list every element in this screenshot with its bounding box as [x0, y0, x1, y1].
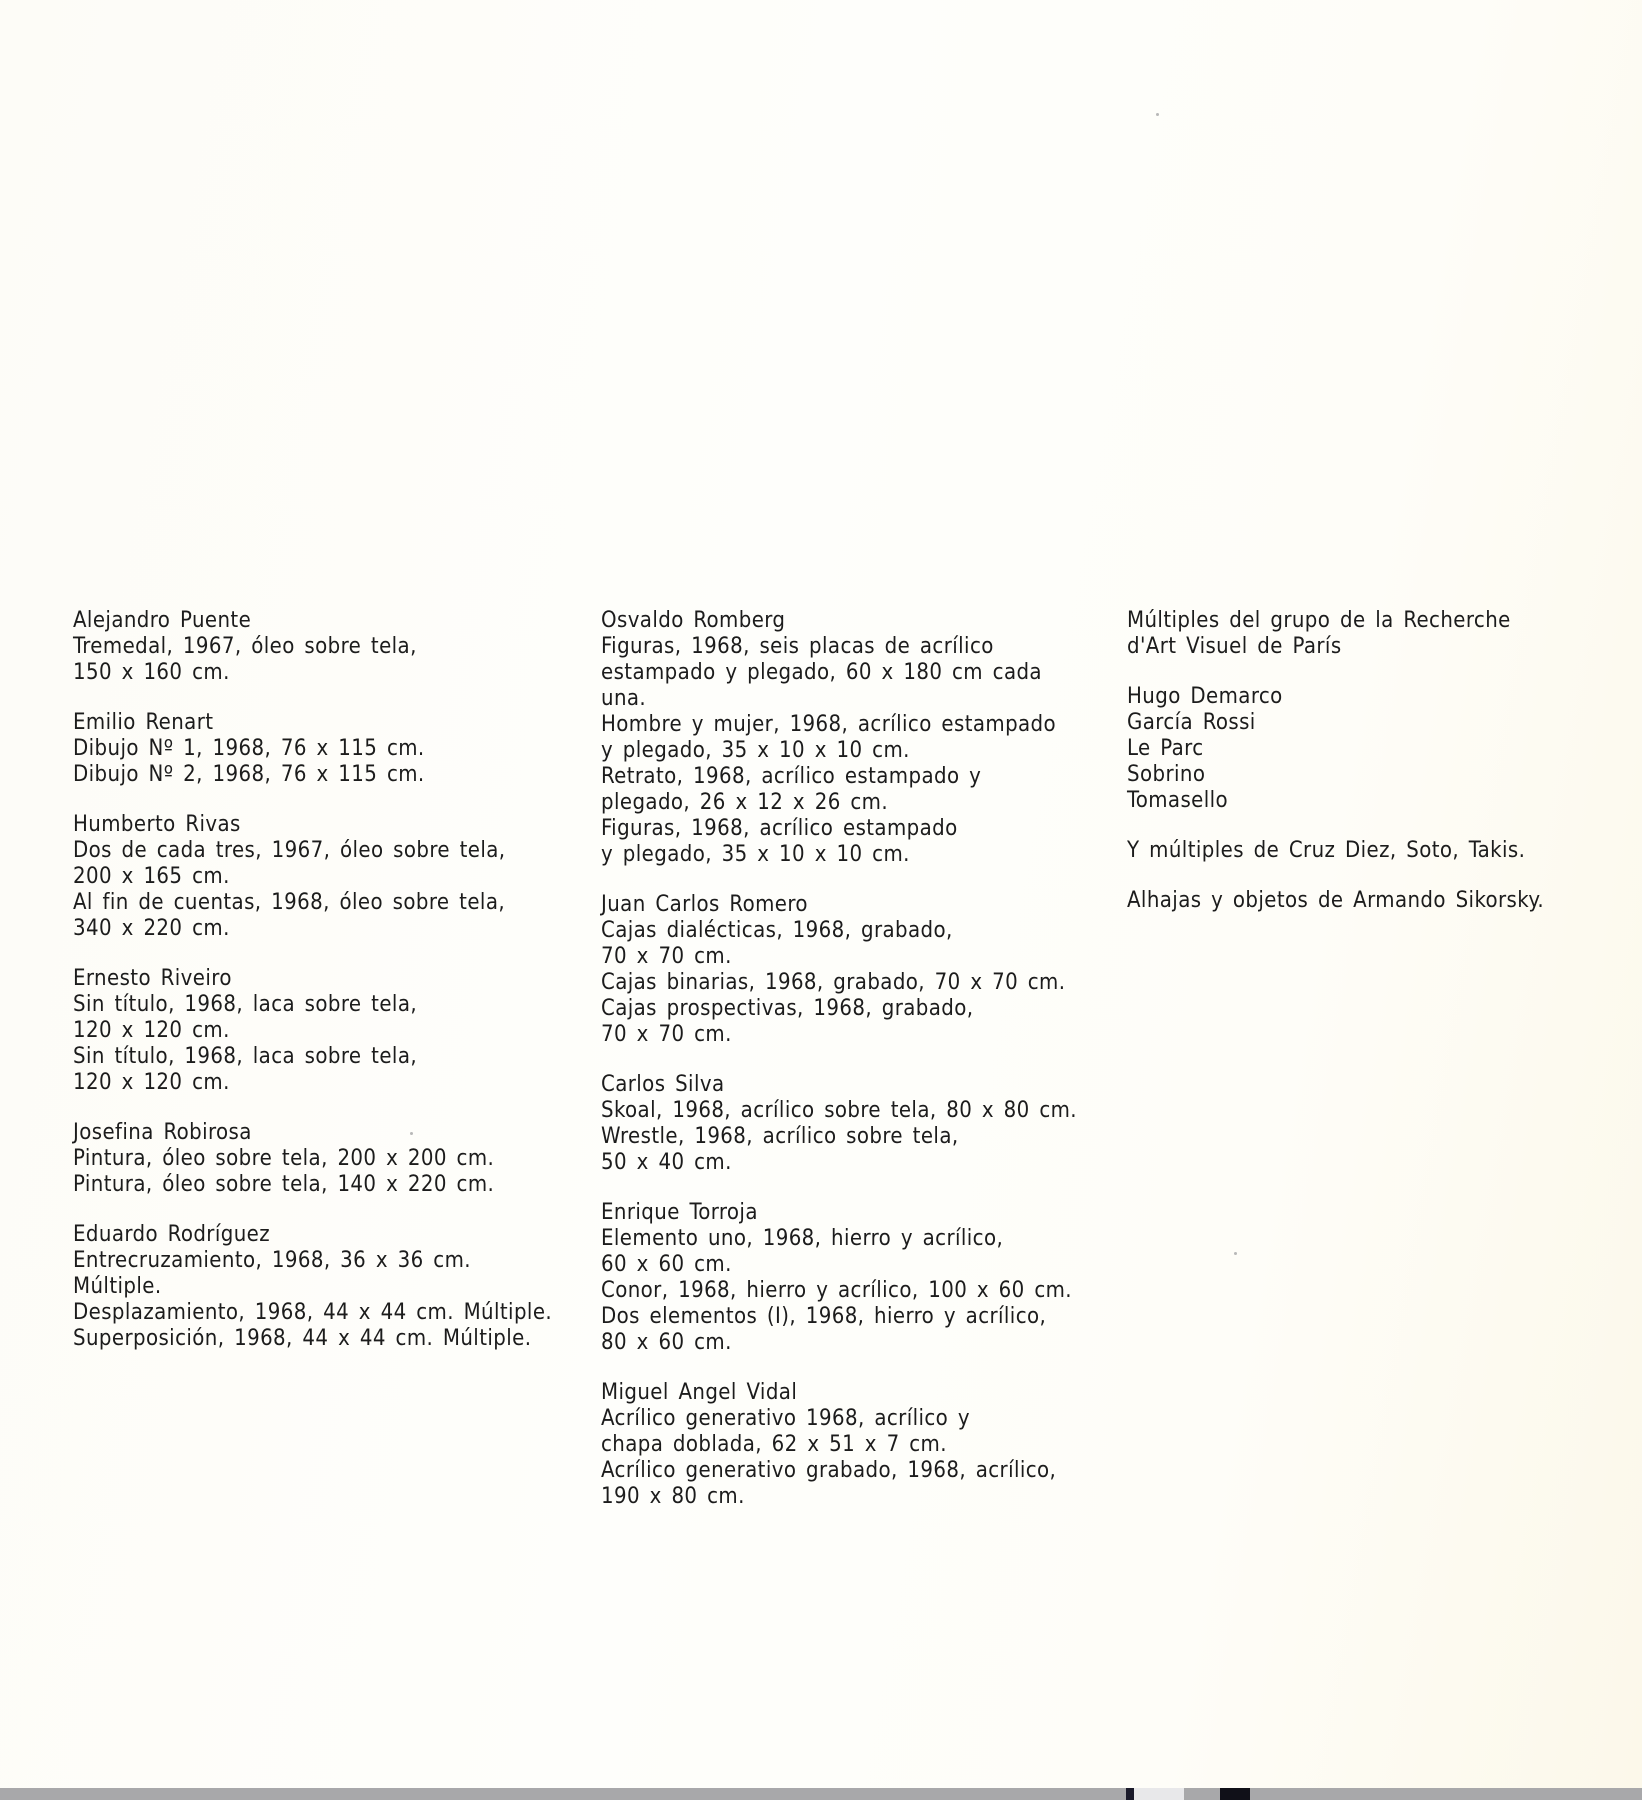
- column-1: Alejandro PuenteTremedal, 1967, óleo sob…: [73, 608, 573, 1376]
- entry-line: Entrecruzamiento, 1968, 36 x 36 cm.: [73, 1248, 573, 1274]
- entry-line: d'Art Visuel de París: [1127, 634, 1627, 660]
- column-3: Múltiples del grupo de la Recherched'Art…: [1127, 608, 1627, 938]
- entry-line: Pintura, óleo sobre tela, 140 x 220 cm.: [73, 1172, 573, 1198]
- entry-line: Tremedal, 1967, óleo sobre tela,: [73, 634, 573, 660]
- paper-speck: [1234, 1252, 1237, 1255]
- entry-line: 70 x 70 cm.: [601, 944, 1101, 970]
- entry-line: 60 x 60 cm.: [601, 1252, 1101, 1278]
- entry-line: Al fin de cuentas, 1968, óleo sobre tela…: [73, 890, 573, 916]
- catalog-entry: Hugo DemarcoGarcía RossiLe ParcSobrinoTo…: [1127, 684, 1627, 814]
- entry-line: Múltiple.: [73, 1274, 573, 1300]
- catalog-entry: Y múltiples de Cruz Diez, Soto, Takis.: [1127, 838, 1627, 864]
- catalog-entry: Múltiples del grupo de la Recherched'Art…: [1127, 608, 1627, 660]
- entry-line: y plegado, 35 x 10 x 10 cm.: [601, 738, 1101, 764]
- entry-line: 50 x 40 cm.: [601, 1150, 1101, 1176]
- entry-line: 190 x 80 cm.: [601, 1484, 1101, 1510]
- entry-line: Retrato, 1968, acrílico estampado y: [601, 764, 1101, 790]
- entry-line: 120 x 120 cm.: [73, 1070, 573, 1096]
- entry-line: Superposición, 1968, 44 x 44 cm. Múltipl…: [73, 1326, 573, 1352]
- scan-edge-mark: [1134, 1788, 1184, 1800]
- entry-heading: Miguel Angel Vidal: [601, 1380, 1101, 1406]
- entry-line: Wrestle, 1968, acrílico sobre tela,: [601, 1124, 1101, 1150]
- catalog-entry: Osvaldo RombergFiguras, 1968, seis placa…: [601, 608, 1101, 868]
- entry-line: Cajas binarias, 1968, grabado, 70 x 70 c…: [601, 970, 1101, 996]
- catalog-entry: Carlos SilvaSkoal, 1968, acrílico sobre …: [601, 1072, 1101, 1176]
- entry-heading: Osvaldo Romberg: [601, 608, 1101, 634]
- entry-line: Pintura, óleo sobre tela, 200 x 200 cm.: [73, 1146, 573, 1172]
- entry-line: Skoal, 1968, acrílico sobre tela, 80 x 8…: [601, 1098, 1101, 1124]
- entry-heading: Ernesto Riveiro: [73, 966, 573, 992]
- entry-line: y plegado, 35 x 10 x 10 cm.: [601, 842, 1101, 868]
- scan-bottom-edge: [0, 1788, 1642, 1800]
- entry-line: Cajas prospectivas, 1968, grabado,: [601, 996, 1101, 1022]
- entry-heading: Carlos Silva: [601, 1072, 1101, 1098]
- entry-line: Conor, 1968, hierro y acrílico, 100 x 60…: [601, 1278, 1101, 1304]
- entry-line: estampado y plegado, 60 x 180 cm cada: [601, 660, 1101, 686]
- entry-heading: Alejandro Puente: [73, 608, 573, 634]
- entry-line: Dibujo Nº 1, 1968, 76 x 115 cm.: [73, 736, 573, 762]
- entry-line: Sin título, 1968, laca sobre tela,: [73, 992, 573, 1018]
- entry-line: Figuras, 1968, acrílico estampado: [601, 816, 1101, 842]
- entry-line: 200 x 165 cm.: [73, 864, 573, 890]
- scan-edge-mark: [1126, 1788, 1134, 1800]
- scan-edge-mark: [1220, 1788, 1250, 1800]
- entry-heading: Josefina Robirosa: [73, 1120, 573, 1146]
- entry-line: Dos de cada tres, 1967, óleo sobre tela,: [73, 838, 573, 864]
- paper-speck: [1156, 113, 1159, 116]
- entry-line: Desplazamiento, 1968, 44 x 44 cm. Múltip…: [73, 1300, 573, 1326]
- catalog-entry: Alhajas y objetos de Armando Sikorsky.: [1127, 888, 1627, 914]
- entry-line: 70 x 70 cm.: [601, 1022, 1101, 1048]
- entry-line: 150 x 160 cm.: [73, 660, 573, 686]
- entry-heading: Y múltiples de Cruz Diez, Soto, Takis.: [1127, 838, 1627, 864]
- entry-heading: Juan Carlos Romero: [601, 892, 1101, 918]
- entry-line: García Rossi: [1127, 710, 1627, 736]
- entry-line: Dos elementos (I), 1968, hierro y acríli…: [601, 1304, 1101, 1330]
- entry-line: Cajas dialécticas, 1968, grabado,: [601, 918, 1101, 944]
- entry-line: plegado, 26 x 12 x 26 cm.: [601, 790, 1101, 816]
- entry-line: una.: [601, 686, 1101, 712]
- entry-line: Elemento uno, 1968, hierro y acrílico,: [601, 1226, 1101, 1252]
- entry-heading: Alhajas y objetos de Armando Sikorsky.: [1127, 888, 1627, 914]
- entry-line: Figuras, 1968, seis placas de acrílico: [601, 634, 1101, 660]
- column-2: Osvaldo RombergFiguras, 1968, seis placa…: [601, 608, 1101, 1534]
- catalog-entry: Juan Carlos RomeroCajas dialécticas, 196…: [601, 892, 1101, 1048]
- entry-line: Sobrino: [1127, 762, 1627, 788]
- entry-line: chapa doblada, 62 x 51 x 7 cm.: [601, 1432, 1101, 1458]
- catalog-entry: Miguel Angel VidalAcrílico generativo 19…: [601, 1380, 1101, 1510]
- catalog-page: Alejandro PuenteTremedal, 1967, óleo sob…: [0, 0, 1642, 1790]
- entry-heading: Eduardo Rodríguez: [73, 1222, 573, 1248]
- entry-line: Dibujo Nº 2, 1968, 76 x 115 cm.: [73, 762, 573, 788]
- catalog-entry: Ernesto RiveiroSin título, 1968, laca so…: [73, 966, 573, 1096]
- entry-line: Le Parc: [1127, 736, 1627, 762]
- entry-line: 340 x 220 cm.: [73, 916, 573, 942]
- entry-line: Tomasello: [1127, 788, 1627, 814]
- catalog-entry: Humberto RivasDos de cada tres, 1967, ól…: [73, 812, 573, 942]
- entry-heading: Emilio Renart: [73, 710, 573, 736]
- entry-line: Sin título, 1968, laca sobre tela,: [73, 1044, 573, 1070]
- entry-heading: Hugo Demarco: [1127, 684, 1627, 710]
- entry-line: Acrílico generativo grabado, 1968, acríl…: [601, 1458, 1101, 1484]
- catalog-entry: Eduardo RodríguezEntrecruzamiento, 1968,…: [73, 1222, 573, 1352]
- catalog-entry: Josefina RobirosaPintura, óleo sobre tel…: [73, 1120, 573, 1198]
- catalog-entry: Alejandro PuenteTremedal, 1967, óleo sob…: [73, 608, 573, 686]
- entry-line: 120 x 120 cm.: [73, 1018, 573, 1044]
- entry-line: Hombre y mujer, 1968, acrílico estampado: [601, 712, 1101, 738]
- entry-line: Acrílico generativo 1968, acrílico y: [601, 1406, 1101, 1432]
- catalog-entry: Enrique TorrojaElemento uno, 1968, hierr…: [601, 1200, 1101, 1356]
- entry-heading: Múltiples del grupo de la Recherche: [1127, 608, 1627, 634]
- entry-line: 80 x 60 cm.: [601, 1330, 1101, 1356]
- paper-speck: [410, 1132, 413, 1135]
- entry-heading: Humberto Rivas: [73, 812, 573, 838]
- entry-heading: Enrique Torroja: [601, 1200, 1101, 1226]
- catalog-entry: Emilio RenartDibujo Nº 1, 1968, 76 x 115…: [73, 710, 573, 788]
